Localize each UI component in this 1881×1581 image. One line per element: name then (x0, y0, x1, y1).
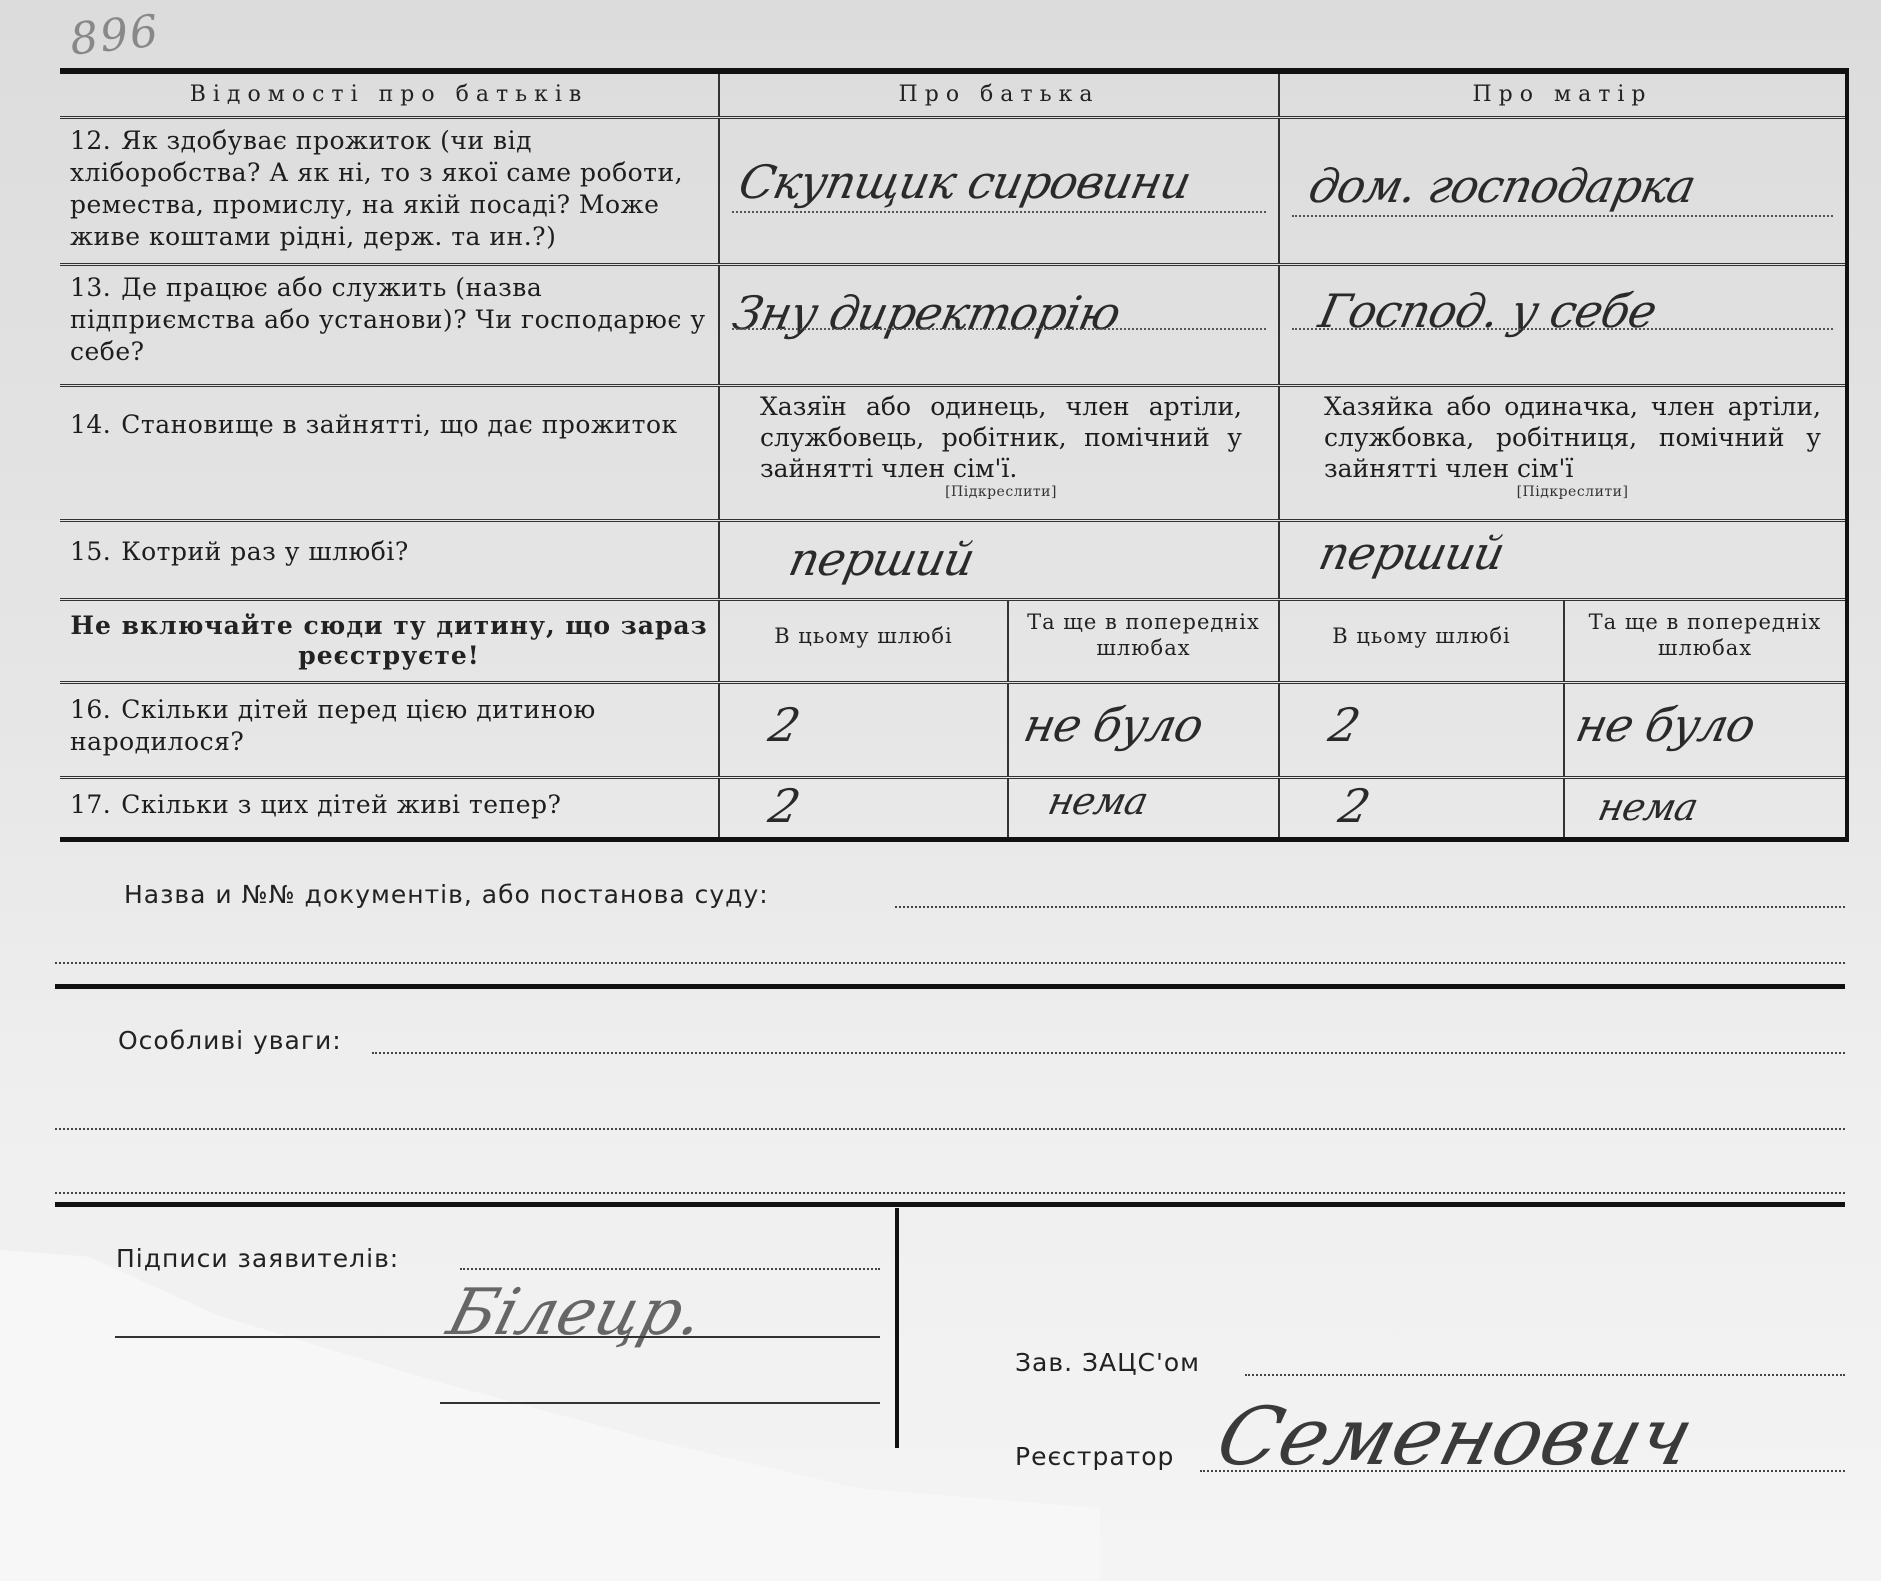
father-born-this-marriage[interactable]: 2 (720, 684, 1009, 776)
mother-answer-15[interactable]: перший (1280, 522, 1845, 598)
employment-options: Хазяїн або одинець, член артіли, службов… (760, 391, 1242, 484)
dotted-line (732, 328, 1266, 330)
question-number: 16. (70, 695, 111, 724)
question-16: 16.Скільки дітей перед цією дитиною наро… (60, 684, 720, 776)
registrar-label: Реєстратор (1015, 1442, 1174, 1471)
employment-options: Хазяйка або одиначка, член артіли, служб… (1324, 391, 1821, 484)
table-row-12: 12.Як здобуває прожиток (чи від хлібороб… (60, 119, 1845, 266)
father-children-subheader: В цьому шлюбі Та ще в попередніх шлюбах (720, 601, 1280, 681)
subheader-previous-marriages: Та ще в попередніх шлюбах (1565, 601, 1845, 681)
section-divider (55, 1202, 1845, 1207)
handwritten-answer: дом. господарка (1304, 159, 1700, 213)
question-number: 15. (70, 537, 111, 566)
subheader-this-marriage: В цьому шлюбі (720, 601, 1009, 681)
father-alive-previous-marriages[interactable]: нема (1009, 779, 1278, 837)
question-15: 15.Котрий раз у шлюбі? (60, 522, 720, 598)
mother-children-alive: 2 нема (1280, 779, 1845, 837)
dotted-line (1292, 215, 1833, 217)
question-number: 12. (70, 126, 111, 155)
question-text: Котрий раз у шлюбі? (121, 537, 409, 566)
header-parents-info: Відомості про батьків (60, 74, 720, 116)
table-row-15: 15.Котрий раз у шлюбі? перший перший (60, 522, 1845, 601)
father-children-born: 2 не було (720, 684, 1280, 776)
question-text: Становище в зайнятті, що дає прожиток (121, 410, 677, 439)
question-17: 17.Скільки з цих дітей живі тепер? (60, 779, 720, 837)
registrar-signature: Семенович (1208, 1390, 1704, 1483)
question-text: Скільки дітей перед цією дитиною народил… (70, 695, 596, 756)
father-children-alive: 2 нема (720, 779, 1280, 837)
table-row-16: 16.Скільки дітей перед цією дитиною наро… (60, 684, 1845, 779)
underline-hint: [Підкреслити] (1324, 484, 1821, 500)
table-header: Відомості про батьків Про батька Про мат… (60, 74, 1845, 119)
remarks-field[interactable] (372, 1052, 1845, 1054)
head-of-registry-signature-field[interactable] (1245, 1374, 1845, 1376)
table-row-14: 14.Становище в зайнятті, що дає прожиток… (60, 387, 1845, 522)
table-row-17: 17.Скільки з цих дітей живі тепер? 2 нем… (60, 779, 1845, 837)
question-text: Скільки з цих дітей живі тепер? (121, 790, 561, 819)
remarks-field-line-2[interactable] (55, 1128, 1845, 1130)
handwritten-answer: не було (1571, 698, 1759, 752)
question-14: 14.Становище в зайнятті, що дає прожиток (60, 387, 720, 519)
mother-born-previous-marriages[interactable]: не було (1565, 684, 1845, 776)
mother-children-subheader: В цьому шлюбі Та ще в попередніх шлюбах (1280, 601, 1845, 681)
question-12: 12.Як здобуває прожиток (чи від хлібороб… (60, 119, 720, 263)
mother-answer-13[interactable]: Господ. у себе (1280, 266, 1845, 384)
handwritten-answer: 2 (764, 698, 804, 752)
mother-answer-12[interactable]: дом. господарка (1280, 119, 1845, 263)
documents-field-line-2[interactable] (55, 962, 1845, 964)
handwritten-answer: 2 (1334, 779, 1374, 833)
header-father: Про батька (720, 74, 1280, 116)
parents-info-table: Відомості про батьків Про батька Про мат… (60, 68, 1849, 842)
mother-alive-this-marriage[interactable]: 2 (1280, 779, 1565, 837)
applicant-signature-line-3[interactable] (440, 1402, 880, 1404)
signature-column-divider (895, 1208, 899, 1448)
mother-born-this-marriage[interactable]: 2 (1280, 684, 1565, 776)
applicants-signature-label: Підписи заявителів: (116, 1244, 399, 1273)
head-of-registry-label: Зав. ЗАЦС'ом (1015, 1348, 1200, 1377)
handwritten-answer: перший (784, 532, 979, 586)
question-number: 17. (70, 790, 111, 819)
mother-employment-status[interactable]: Хазяйка або одиначка, член артіли, служб… (1280, 387, 1845, 519)
children-subheader-row: Не включайте сюди ту дитину, що зараз ре… (60, 601, 1845, 684)
father-alive-this-marriage[interactable]: 2 (720, 779, 1009, 837)
handwritten-answer: нема (1044, 779, 1151, 823)
question-text: Де працює або служить (назва підприємств… (70, 273, 706, 366)
underline-hint: [Підкреслити] (760, 484, 1242, 500)
page-number: 896 (68, 5, 163, 65)
remarks-label: Особливі уваги: (118, 1026, 342, 1055)
children-note: Не включайте сюди ту дитину, що зараз ре… (60, 601, 720, 681)
father-answer-15[interactable]: перший (720, 522, 1280, 598)
mother-alive-previous-marriages[interactable]: нема (1565, 779, 1845, 837)
dotted-line (732, 211, 1266, 213)
table-row-13: 13.Де працює або служить (назва підприєм… (60, 266, 1845, 387)
father-answer-13[interactable]: Зну директорію (720, 266, 1280, 384)
handwritten-answer: Зну директорію (728, 286, 1125, 340)
applicant-signature-line-2[interactable] (115, 1336, 880, 1338)
father-employment-status[interactable]: Хазяїн або одинець, член артіли, службов… (720, 387, 1280, 519)
question-number: 14. (70, 410, 111, 439)
handwritten-answer: Скупщик сировини (734, 155, 1195, 209)
applicant-signature-line-1[interactable] (460, 1268, 880, 1270)
question-13: 13.Де працює або служить (назва підприєм… (60, 266, 720, 384)
father-born-previous-marriages[interactable]: не було (1009, 684, 1278, 776)
documents-field[interactable] (895, 906, 1845, 908)
remarks-field-line-3[interactable] (55, 1192, 1845, 1194)
subheader-previous-marriages: Та ще в попередніх шлюбах (1009, 601, 1278, 681)
subheader-this-marriage: В цьому шлюбі (1280, 601, 1565, 681)
section-divider (55, 984, 1845, 989)
handwritten-answer: перший (1314, 526, 1509, 580)
father-answer-12[interactable]: Скупщик сировини (720, 119, 1280, 263)
handwritten-answer: не було (1019, 698, 1207, 752)
header-mother: Про матір (1280, 74, 1845, 116)
handwritten-answer: 2 (1324, 698, 1364, 752)
question-number: 13. (70, 273, 111, 302)
question-text: Як здобуває прожиток (чи від хліборобств… (70, 126, 683, 251)
dotted-line (1292, 328, 1833, 330)
mother-children-born: 2 не було (1280, 684, 1845, 776)
documents-label: Назва и №№ документів, або постанова суд… (124, 880, 769, 909)
handwritten-answer: нема (1594, 785, 1701, 829)
handwritten-answer: 2 (764, 779, 804, 833)
applicant-signature: Білецр. (440, 1276, 712, 1350)
